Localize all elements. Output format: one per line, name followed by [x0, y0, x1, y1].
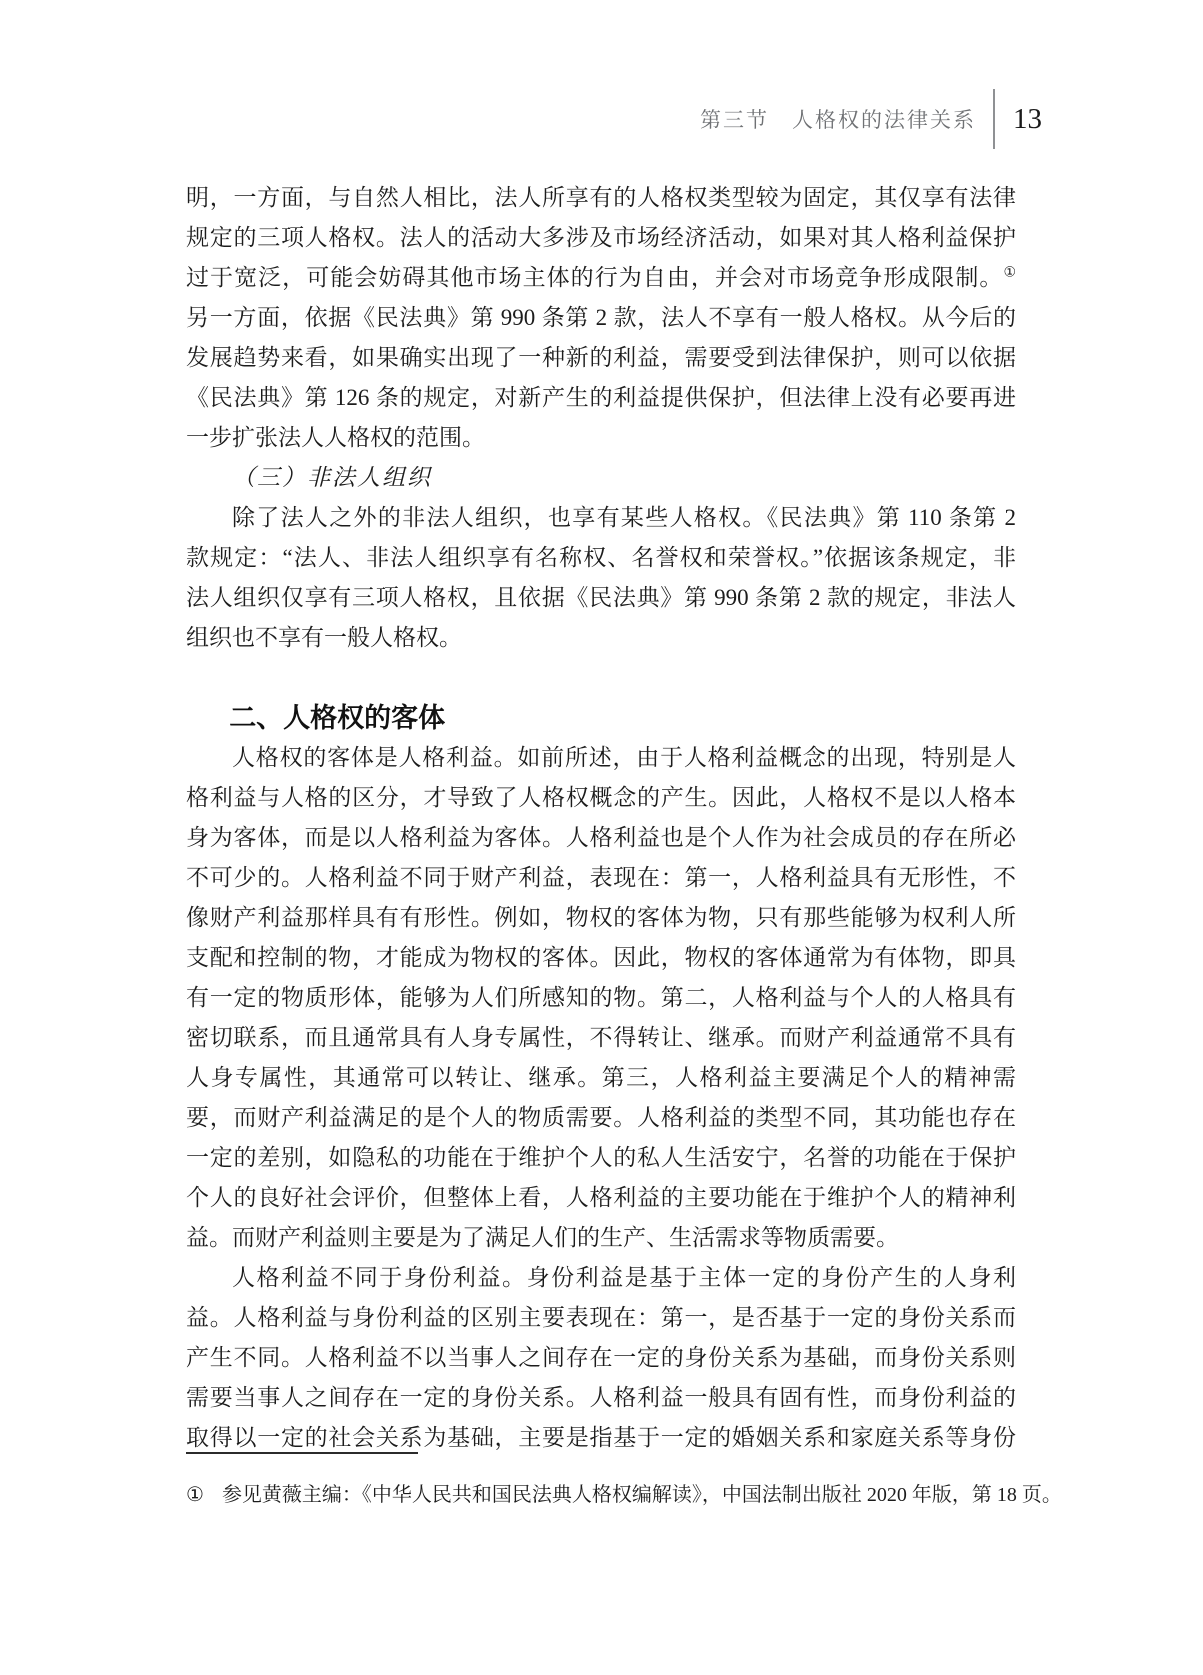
footnote: ①参见黄薇主编：《中华人民共和国民法典人格权编解读》，中国法制出版社 2020 …	[186, 1481, 1016, 1509]
text-line: 需要当事人之间存在一定的身份关系。人格利益一般具有固有性，而身份利益的	[186, 1378, 1016, 1418]
running-header: 第三节 人格权的法律关系 13	[186, 88, 1042, 150]
text-line: 过于宽泛，可能会妨碍其他市场主体的行为自由，并会对市场竞争形成限制。①	[186, 258, 1016, 298]
footnote-marker: ①	[186, 1484, 204, 1506]
text-line: 一定的差别，如隐私的功能在于维护个人的私人生活安宁，名誉的功能在于保护	[186, 1138, 1016, 1178]
text-line: 像财产利益那样具有有形性。例如，物权的客体为物，只有那些能够为权利人所	[186, 898, 1016, 938]
text-line: 密切联系，而且通常具有人身专属性，不得转让、继承。而财产利益通常不具有	[186, 1018, 1016, 1058]
text-line: 产生不同。人格利益不以当事人之间存在一定的身份关系为基础，而身份关系则	[186, 1338, 1016, 1378]
text-line: 益。人格利益与身份利益的区别主要表现在：第一，是否基于一定的身份关系而	[186, 1298, 1016, 1338]
header-section-title: 第三节 人格权的法律关系	[700, 104, 976, 134]
text-line: 人格利益不同于身份利益。身份利益是基于主体一定的身份产生的人身利	[186, 1258, 1016, 1298]
text-line: 明，一方面，与自然人相比，法人所享有的人格权类型较为固定，其仅享有法律	[186, 178, 1016, 218]
paragraph: 除了法人之外的非法人组织，也享有某些人格权。《民法典》第 110 条第 2款规定…	[186, 498, 1016, 658]
text-line: 规定的三项人格权。法人的活动大多涉及市场经济活动，如果对其人格利益保护	[186, 218, 1016, 258]
paragraph: 明，一方面，与自然人相比，法人所享有的人格权类型较为固定，其仅享有法律规定的三项…	[186, 178, 1016, 458]
text-line: 发展趋势来看，如果确实出现了一种新的利益，需要受到法律保护，则可以依据	[186, 338, 1016, 378]
footnote-divider	[186, 1452, 418, 1454]
paragraph: 人格利益不同于身份利益。身份利益是基于主体一定的身份产生的人身利益。人格利益与身…	[186, 1258, 1016, 1458]
text-line: 益。而财产利益则主要是为了满足人们的生产、生活需求等物质需要。	[186, 1218, 1016, 1258]
text-line: 法人组织仅享有三项人格权，且依据《民法典》第 990 条第 2 款的规定，非法人	[186, 578, 1016, 618]
page-number: 13	[1013, 103, 1042, 136]
text-line: 除了法人之外的非法人组织，也享有某些人格权。《民法典》第 110 条第 2	[186, 498, 1016, 538]
text-line: 个人的良好社会评价，但整体上看，人格利益的主要功能在于维护个人的精神利	[186, 1178, 1016, 1218]
section-heading: 二、人格权的客体	[186, 698, 1016, 738]
text-line: 格利益与人格的区分，才导致了人格权概念的产生。因此，人格权不是以人格本	[186, 778, 1016, 818]
paragraph: 人格权的客体是人格利益。如前所述，由于人格利益概念的出现，特别是人格利益与人格的…	[186, 738, 1016, 1258]
text-line: 人格权的客体是人格利益。如前所述，由于人格利益概念的出现，特别是人	[186, 738, 1016, 778]
footnote-area: ①参见黄薇主编：《中华人民共和国民法典人格权编解读》，中国法制出版社 2020 …	[186, 1452, 1016, 1509]
subsection-heading: （三）非法人组织	[186, 458, 1016, 498]
text-line: 身为客体，而是以人格利益为客体。人格利益也是个人作为社会成员的存在所必	[186, 818, 1016, 858]
text-line: 人身专属性，其通常可以转让、继承。第三，人格利益主要满足个人的精神需	[186, 1058, 1016, 1098]
text-line: 款规定：“法人、非法人组织享有名称权、名誉权和荣誉权。”依据该条规定，非	[186, 538, 1016, 578]
header-divider	[993, 89, 995, 149]
text-line: 一步扩张法人人格权的范围。	[186, 418, 1016, 458]
content-area: 明，一方面，与自然人相比，法人所享有的人格权类型较为固定，其仅享有法律规定的三项…	[186, 178, 1016, 1458]
text-line: 有一定的物质形体，能够为人们所感知的物。第二，人格利益与个人的人格具有	[186, 978, 1016, 1018]
footnote-reference: ①	[1003, 265, 1016, 280]
text-line: 支配和控制的物，才能成为物权的客体。因此，物权的客体通常为有体物，即具	[186, 938, 1016, 978]
footnote-text: 参见黄薇主编：《中华人民共和国民法典人格权编解读》，中国法制出版社 2020 年…	[222, 1484, 1062, 1506]
text-line: 组织也不享有一般人格权。	[186, 618, 1016, 658]
text-line: 不可少的。人格利益不同于财产利益，表现在：第一，人格利益具有无形性，不	[186, 858, 1016, 898]
text-line: 另一方面，依据《民法典》第 990 条第 2 款，法人不享有一般人格权。从今后的	[186, 298, 1016, 338]
text-line: 要，而财产利益满足的是个人的物质需要。人格利益的类型不同，其功能也存在	[186, 1098, 1016, 1138]
text-line: 《民法典》第 126 条的规定，对新产生的利益提供保护，但法律上没有必要再进	[186, 378, 1016, 418]
book-page: 第三节 人格权的法律关系 13 明，一方面，与自然人相比，法人所享有的人格权类型…	[0, 0, 1203, 1675]
